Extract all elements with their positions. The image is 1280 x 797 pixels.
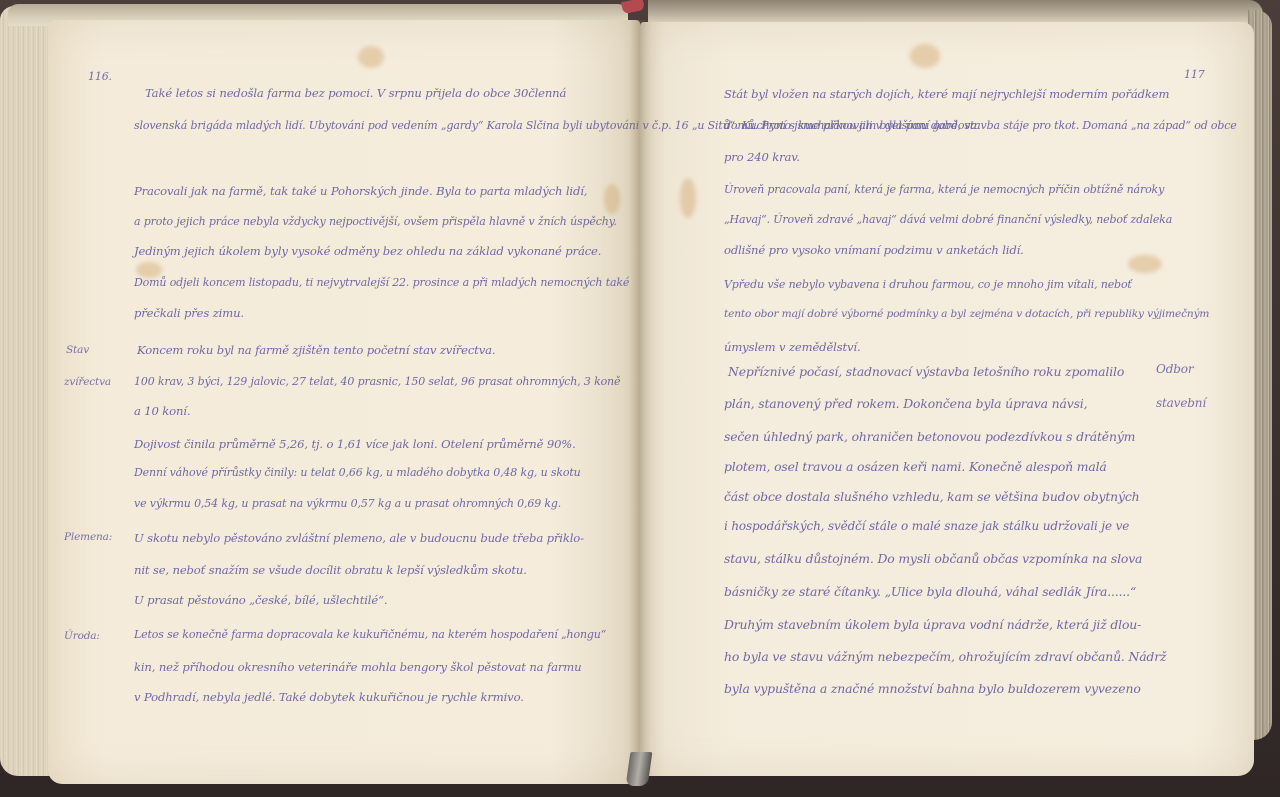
text-line: pro 240 krav.	[724, 150, 800, 164]
text-line: 100 krav, 3 býci, 129 jalovic, 27 telat,…	[134, 375, 620, 388]
text-line: i hospodářských, svědčí stále o malé sna…	[724, 519, 1129, 533]
text-line: sečen úhledný park, ohraničen betonovou …	[724, 429, 1135, 444]
margin-label: zvířectva	[64, 376, 111, 388]
text-line: v Podhradí, nebyla jedlé. Také dobytek k…	[134, 690, 524, 704]
text-line: přečkali přes zimu.	[134, 306, 244, 320]
text-line: Také letos si nedošla farma bez pomoci. …	[145, 86, 566, 100]
section-heading-line: Koncem roku byl na farmě zjištěn tento p…	[137, 343, 495, 357]
margin-label: Plemena:	[64, 531, 112, 543]
text-line: U prasat pěstováno „české, bílé, ušlecht…	[134, 593, 387, 607]
text-line: a 10 koní.	[134, 404, 190, 418]
text-line: tento obor mají dobré výborné podmínky a…	[724, 308, 1209, 320]
text-line: plotem, osel travou a osázen keři nami. …	[724, 459, 1107, 474]
page-number-right: 117	[1184, 68, 1205, 81]
text-line: Druhým stavebním úkolem byla úprava vodn…	[724, 617, 1141, 632]
text-line: Nepříznivé počasí, stadnovací výstavba l…	[728, 364, 1124, 379]
text-line: Dojivost činila průměrně 5,26, tj. o 1,6…	[134, 437, 576, 451]
text-line: Vpředu vše nebylo vybavena i druhou farm…	[724, 278, 1132, 291]
text-line: Domů odjeli koncem listopadu, ti nejvytr…	[134, 276, 629, 289]
text-line: odlišné pro vysoko vnímaní podzimu v ank…	[724, 243, 1024, 257]
text-line: úmyslem v zemědělství.	[724, 340, 861, 354]
text-line: Letos se konečně farma dopracovala ke ku…	[134, 628, 606, 641]
margin-note: Odbor	[1156, 362, 1193, 376]
margin-note: stavební	[1156, 396, 1206, 410]
text-line: Pracovali jak na farmě, tak také u Pohor…	[134, 184, 587, 198]
book-gutter	[630, 20, 652, 784]
text-line: kin, než příhodou okresního veterináře m…	[134, 660, 581, 674]
text-line: Jediným jejich úkolem byly vysoké odměny…	[134, 244, 601, 258]
text-line: stavu, stálku důstojném. Do mysli občanů…	[724, 551, 1142, 566]
text-line: „Havaj“. Úroveň zdravé „havaj“ dává velm…	[724, 213, 1172, 226]
text-line: byla vypuštěna a značné množství bahna b…	[724, 681, 1141, 696]
text-line: plán, stanovený před rokem. Dokončena by…	[724, 396, 1087, 411]
text-line: Úroveň pracovala paní, která je farma, k…	[724, 183, 1164, 196]
text-line: část obce dostala slušného vzhledu, kam …	[724, 489, 1139, 504]
text-line: domů. Proto jsme plánovali v delšímu dob…	[724, 119, 1237, 132]
paper-stain	[1128, 255, 1162, 273]
text-line: nit se, neboť snažím se všude docílit ob…	[134, 563, 527, 577]
paper-stain	[604, 184, 620, 214]
text-line: Denní váhové přírůstky činily: u telat 0…	[134, 466, 581, 479]
paper-stain	[358, 46, 384, 68]
text-line: ve výkrmu 0,54 kg, u prasat na výkrmu 0,…	[134, 497, 561, 510]
page-number-left: 116.	[88, 70, 112, 83]
text-line: U skotu nebylo pěstováno zvláštní plemen…	[134, 531, 584, 545]
text-line: básničky ze staré čítanky. „Ulice byla d…	[724, 584, 1136, 599]
paper-stain	[680, 178, 696, 218]
text-line: a proto jejich práce nebyla vždycky nejp…	[134, 215, 617, 228]
paper-stain	[910, 44, 940, 68]
margin-label: Stav	[66, 344, 89, 356]
text-line: Stát byl vložen na starých dojích, které…	[724, 87, 1169, 101]
text-line: ho byla ve stavu vážným nebezpečím, ohro…	[724, 649, 1166, 664]
margin-label: Úroda:	[64, 630, 100, 642]
